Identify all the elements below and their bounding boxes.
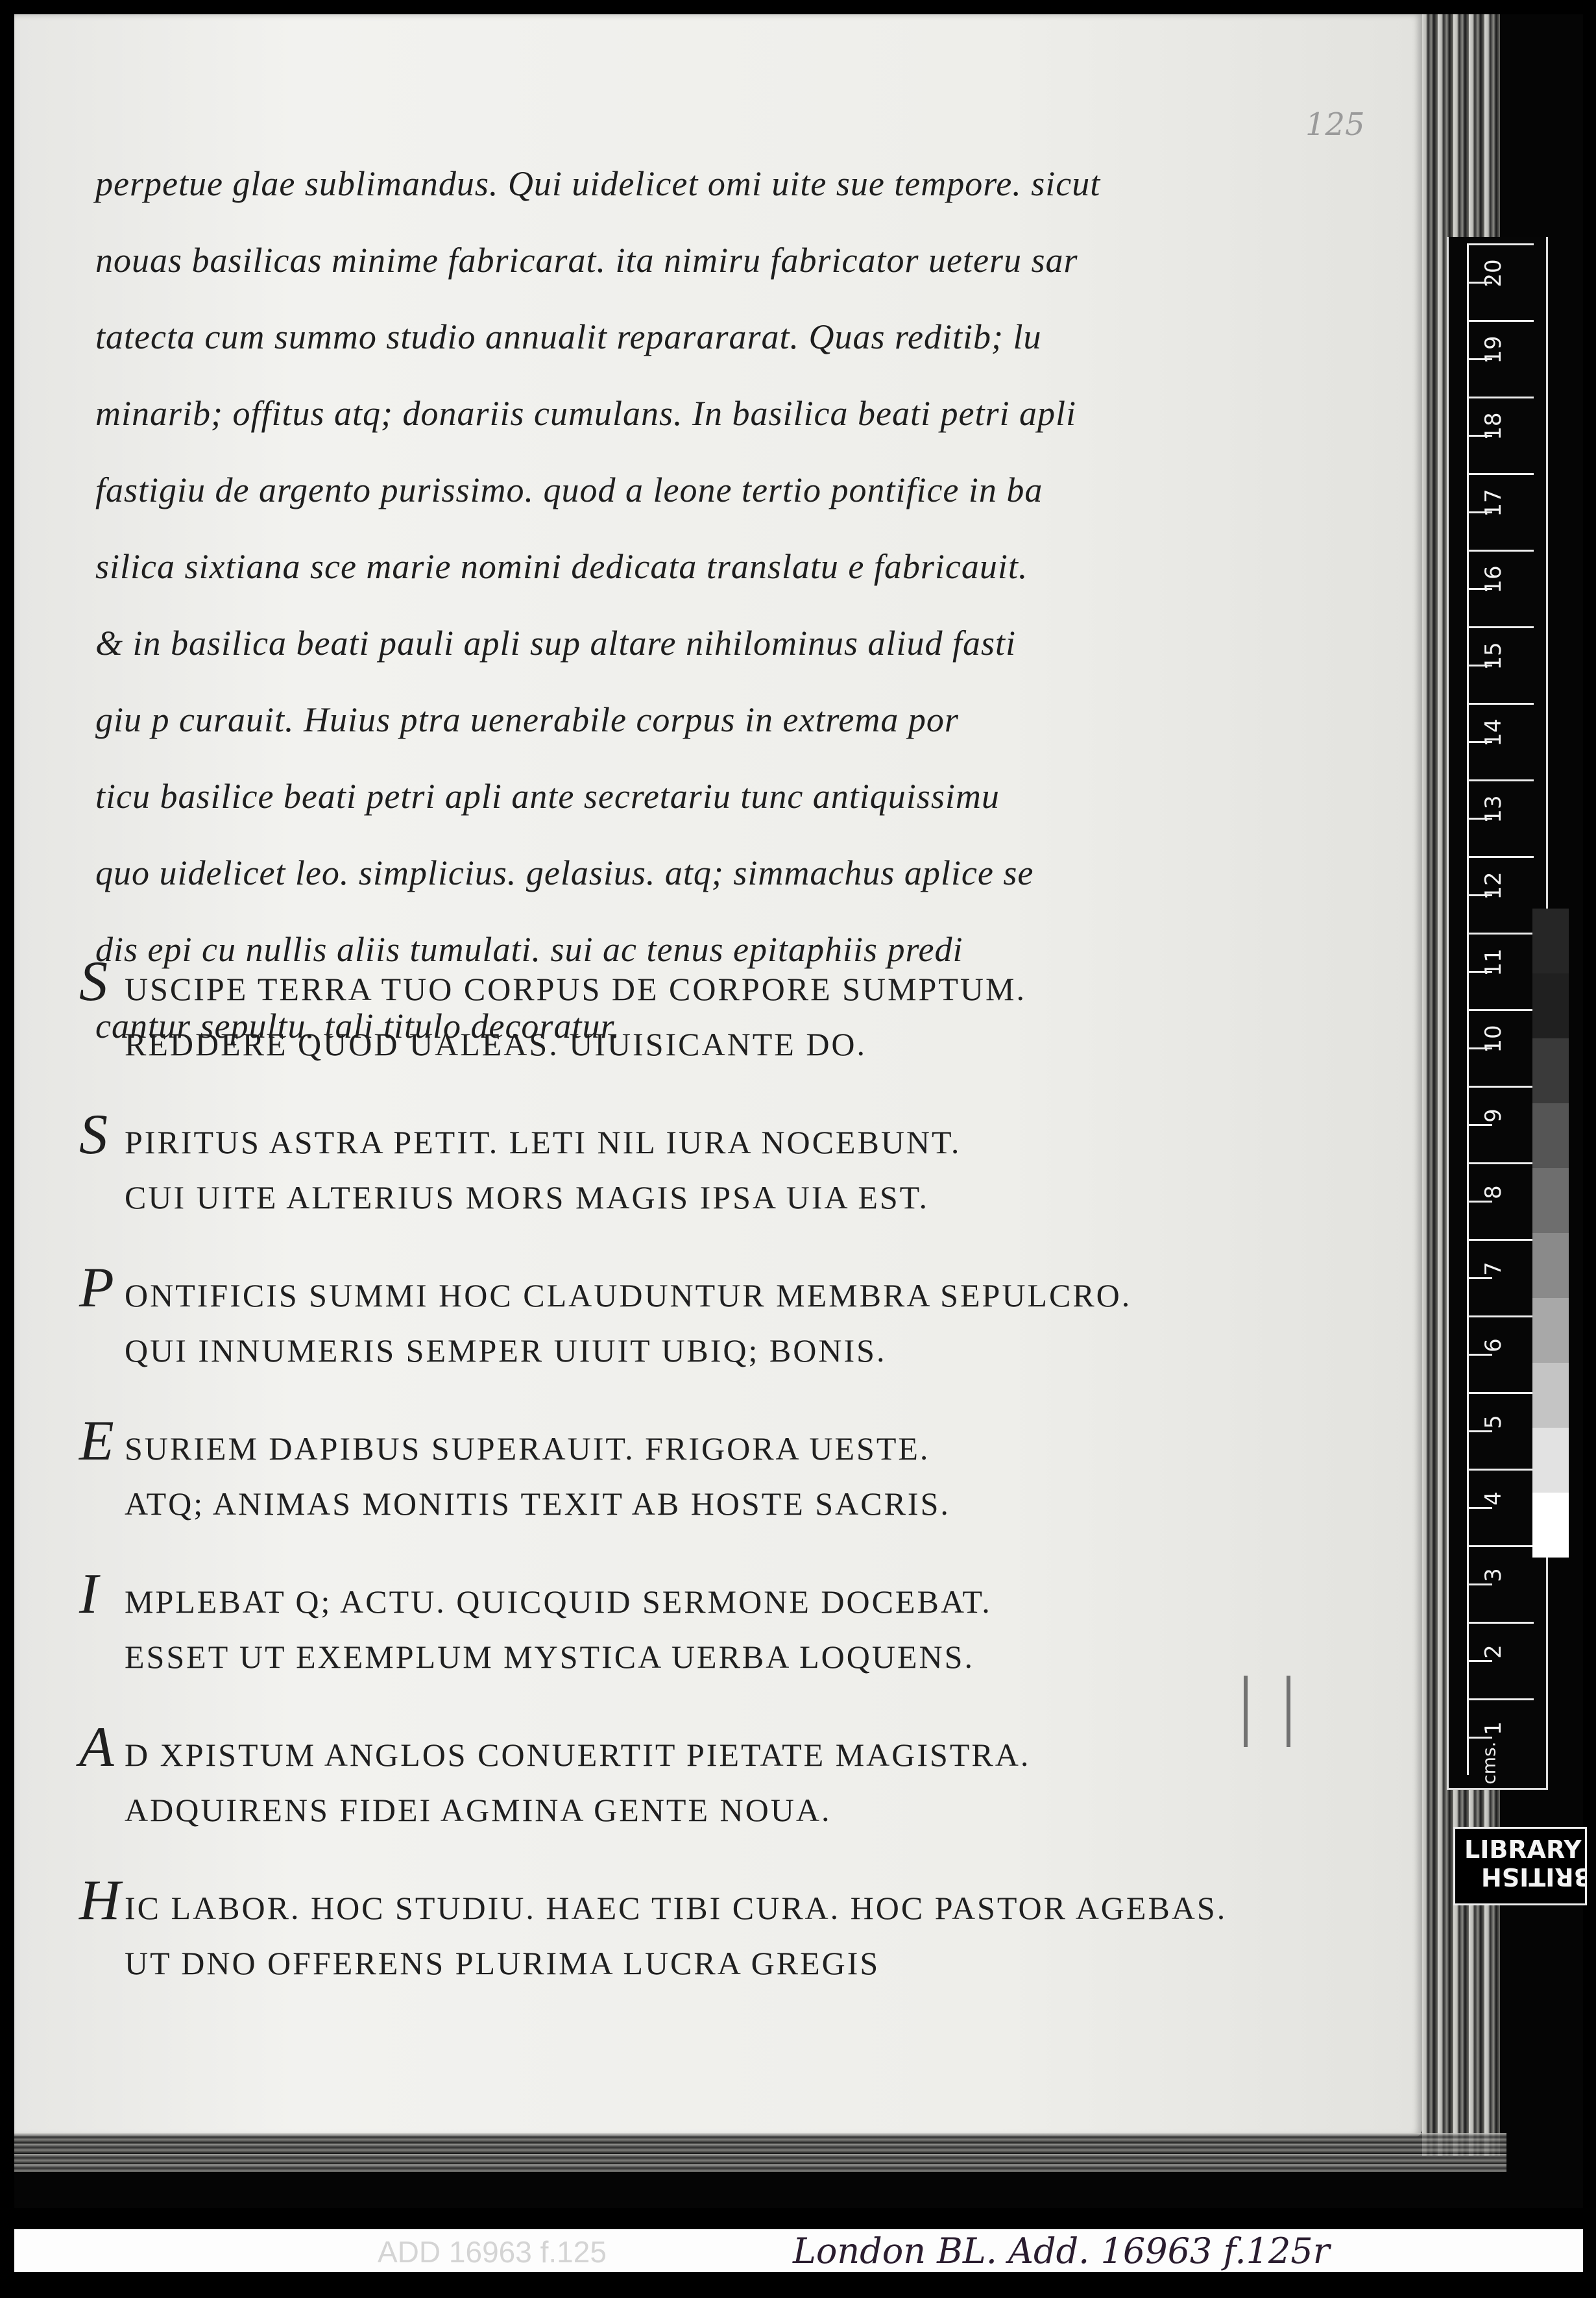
ruler-label: 13 <box>1481 790 1506 829</box>
ruler-tick <box>1469 779 1534 781</box>
verse-text: Reddere quod ualeas. uiuisicante do. <box>125 1025 867 1063</box>
verse-line: Pontificis summi hoc clauduntur membra s… <box>79 1255 1312 1332</box>
grey-patch <box>1532 909 1569 973</box>
verse-line: Cui uite alterius mors magis ipsa uia es… <box>79 1179 1312 1255</box>
grey-patch <box>1532 973 1569 1038</box>
prose-line: perpetue glae sublimandus. Qui uidelicet… <box>95 164 1289 240</box>
ruler-tick <box>1469 397 1534 398</box>
verse-initial: H <box>79 1868 125 1933</box>
prose-line: giu p curauit. Huius ptra uenerabile cor… <box>95 700 1289 776</box>
verse-initial: E <box>79 1408 125 1474</box>
verse-line: Qui innumeris semper uiuit ubiq; bonis. <box>79 1332 1312 1408</box>
ruler-label: 11 <box>1481 943 1506 982</box>
ruler-label: 8 <box>1481 1173 1506 1212</box>
ruler-tick <box>1469 550 1534 552</box>
prose-line: & in basilica beati pauli apli sup altar… <box>95 623 1289 700</box>
ruler-tick <box>1469 1162 1534 1164</box>
ruler-tick <box>1469 933 1534 935</box>
verse-text: d xpistum anglos conuertit pietate magis… <box>125 1736 1030 1774</box>
verse-text: uscipe terra tuo corpus de corpore sumpt… <box>125 970 1026 1008</box>
library-label-line2: BRITISH <box>1481 1863 1587 1891</box>
verse-text: piritus astra petit. leti nil iura noceb… <box>125 1123 961 1161</box>
ruler-label: 14 <box>1481 713 1506 752</box>
ruler-label: 9 <box>1481 1096 1506 1135</box>
verse-line: Adquirens fidei agmina gente noua. <box>79 1791 1312 1868</box>
folio-number: 125 <box>1305 106 1365 143</box>
verse-initial: P <box>79 1255 125 1321</box>
verse-text: Esset ut exemplum mystica uerba loquens. <box>125 1638 974 1676</box>
verse-text: Ut dno offerens plurima lucra gregis <box>125 1944 880 1982</box>
grey-patch <box>1532 1038 1569 1103</box>
ruler-label: 19 <box>1481 330 1506 369</box>
ruler-tick <box>1469 1315 1534 1317</box>
ruler-scale: 2019181716151413121110987654321 <box>1467 243 1534 1775</box>
verse-text: Qui innumeris semper uiuit ubiq; bonis. <box>125 1332 886 1369</box>
ruler-label: 10 <box>1481 1020 1506 1058</box>
page-bottom-edge <box>14 2133 1506 2172</box>
verse-text: mplebat q; actu. quicquid sermone doceba… <box>125 1583 992 1620</box>
verse-initial: A <box>79 1715 125 1780</box>
verse-text: Adquirens fidei agmina gente noua. <box>125 1791 831 1829</box>
ruler-tick <box>1469 1698 1534 1700</box>
verse-initial: S <box>79 949 125 1014</box>
ruler-tick <box>1469 1622 1534 1624</box>
verse-line: Spiritus astra petit. leti nil iura noce… <box>79 1102 1312 1179</box>
grey-patch <box>1532 1493 1569 1558</box>
ruler-label: 17 <box>1481 483 1506 522</box>
verse-text: Cui uite alterius mors magis ipsa uia es… <box>125 1179 929 1216</box>
prose-line: minarib; offitus atq; donariis cumulans.… <box>95 393 1289 470</box>
verse-initial: S <box>79 1102 125 1167</box>
prose-line: fastigiu de argento purissimo. quod a le… <box>95 470 1289 546</box>
ruler-tick <box>1469 1239 1534 1241</box>
verse-line: Esuriem dapibus superauit. frigora ueste… <box>79 1408 1312 1485</box>
prose-line: quo uidelicet leo. simplicius. gelasius.… <box>95 853 1289 929</box>
ruler-unit-label: cms. <box>1479 1741 1500 1784</box>
prose-line: silica sixtiana sce marie nomini dedicat… <box>95 546 1289 623</box>
margin-bracket-mark <box>1244 1676 1290 1747</box>
verse-line: Reddere quod ualeas. uiuisicante do. <box>79 1025 1312 1102</box>
ruler-label: 16 <box>1481 560 1506 599</box>
ruler-label: 18 <box>1481 407 1506 446</box>
prose-line: tatecta cum summo studio annualit repara… <box>95 317 1289 393</box>
faint-shelfmark: ADD 16963 f.125 <box>378 2234 607 2269</box>
verse-text: ic labor. hoc studiu. haec tibi cura. ho… <box>125 1889 1227 1927</box>
ruler-label: 20 <box>1481 254 1506 293</box>
verse-line: Suscipe terra tuo corpus de corpore sump… <box>79 949 1312 1025</box>
caption-strip: ADD 16963 f.125 London BL. Add. 16963 f.… <box>14 2229 1583 2272</box>
ruler-label: 12 <box>1481 866 1506 905</box>
verse-text: suriem dapibus superauit. frigora ueste. <box>125 1430 930 1467</box>
ruler-tick <box>1469 856 1534 858</box>
verse-line: Ad xpistum anglos conuertit pietate magi… <box>79 1715 1312 1791</box>
grey-patch <box>1532 1428 1569 1493</box>
ruler-tick <box>1469 1469 1534 1471</box>
ruler-tick <box>1469 1392 1534 1394</box>
verse-line: Ut dno offerens plurima lucra gregis <box>79 1944 1312 2021</box>
ruler-label: 3 <box>1481 1556 1506 1595</box>
ruler-tick <box>1469 1545 1534 1547</box>
ruler-label: 7 <box>1481 1249 1506 1288</box>
verse-line: Hic labor. hoc studiu. haec tibi cura. h… <box>79 1868 1312 1944</box>
manuscript-photograph: 125 perpetue glae sublimandus. Qui uidel… <box>14 14 1583 2208</box>
grey-patch <box>1532 1298 1569 1363</box>
grey-patch <box>1532 1103 1569 1168</box>
verse-line: Esset ut exemplum mystica uerba loquens. <box>79 1638 1312 1715</box>
verse-text: ontificis summi hoc clauduntur membra se… <box>125 1277 1131 1314</box>
ruler-label: 2 <box>1481 1632 1506 1671</box>
grey-patch <box>1532 1233 1569 1298</box>
manuscript-page: 125 perpetue glae sublimandus. Qui uidel… <box>14 14 1422 2136</box>
ruler-tick <box>1469 703 1534 705</box>
ruler-tick <box>1469 243 1534 245</box>
grey-patch <box>1532 1168 1569 1233</box>
grey-patch <box>1532 1363 1569 1428</box>
verse-text: Atq; animas monitis texit ab hoste sacri… <box>125 1485 950 1522</box>
ruler-tick <box>1469 320 1534 322</box>
prose-line: nouas basilicas minime fabricarat. ita n… <box>95 240 1289 317</box>
british-library-label: LIBRARY BRITISH <box>1453 1827 1587 1905</box>
prose-text-block: perpetue glae sublimandus. Qui uidelicet… <box>95 164 1289 1082</box>
ruler-label: 5 <box>1481 1402 1506 1441</box>
ruler-tick <box>1469 1009 1534 1011</box>
verse-initial: I <box>79 1561 125 1627</box>
verse-line: Implebat q; actu. quicquid sermone doceb… <box>79 1561 1312 1638</box>
ruler-label: 6 <box>1481 1326 1506 1365</box>
greyscale-chart <box>1532 909 1569 1752</box>
ruler-label: 15 <box>1481 637 1506 676</box>
verse-line: Atq; animas monitis texit ab hoste sacri… <box>79 1485 1312 1561</box>
ruler-label: 4 <box>1481 1479 1506 1518</box>
ruler-tick <box>1469 626 1534 628</box>
prose-line: ticu basilice beati petri apli ante secr… <box>95 776 1289 853</box>
ruler-tick <box>1469 473 1534 475</box>
epitaph-verse-block: Suscipe terra tuo corpus de corpore sump… <box>79 949 1312 2021</box>
ruler-tick <box>1469 1086 1534 1088</box>
shelfmark-caption: London BL. Add. 16963 f.125r <box>793 2231 1330 2271</box>
library-label-line1: LIBRARY <box>1464 1835 1582 1864</box>
